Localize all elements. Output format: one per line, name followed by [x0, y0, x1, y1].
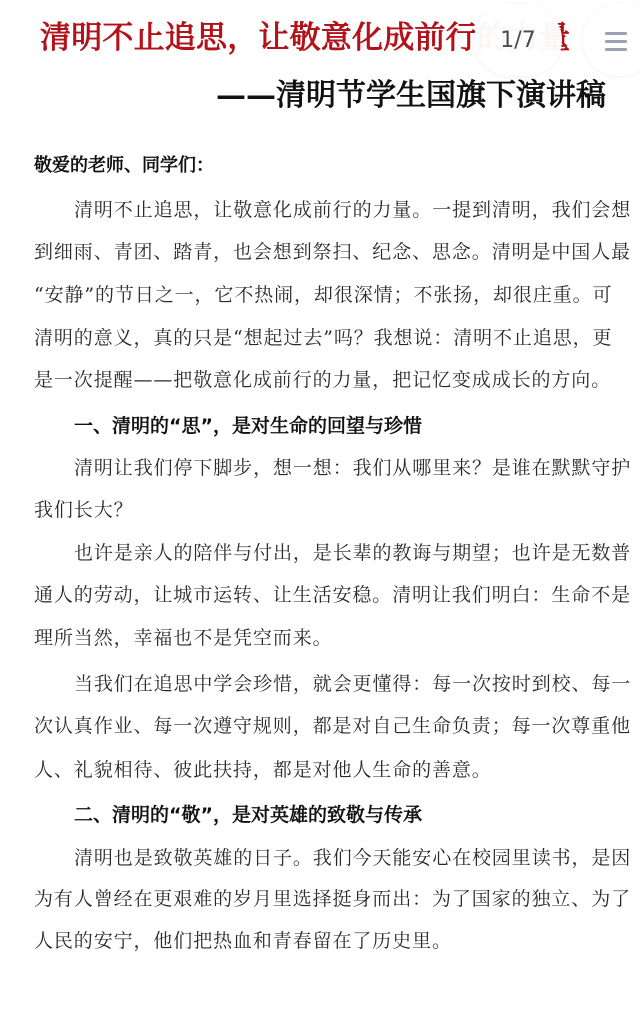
paragraph-5-line: 人民的安宁，他们把热血和青春留在了历史里。: [34, 926, 606, 956]
paragraph-1-line: 到细雨、青团、踏青，也会想到祭扫、纪念、思念。清明是中国人最: [34, 237, 606, 267]
paragraph-4-line: 当我们在追思中学会珍惜，就会更懂得：每一次按时到校、每一: [74, 669, 606, 699]
paragraph-3-line: 通人的劳动，让城市运转、让生活安稳。清明让我们明白：生命不是: [34, 580, 606, 610]
paragraph-1-line: 清明不止追思，让敬意化成前行的力量。一提到清明，我们会想: [74, 195, 606, 225]
paragraph-5-line: 清明也是致敬英雄的日子。我们今天能安心在校园里读书，是因: [74, 843, 606, 873]
hamburger-menu-icon: [605, 32, 627, 52]
paragraph-3-line: 理所当然，幸福也不是凭空而来。: [34, 623, 606, 653]
paragraph-5-line: 为有人曾经在更艰难的岁月里选择挺身而出：为了国家的独立、为了: [34, 884, 606, 914]
menu-button[interactable]: [583, 4, 640, 76]
paragraph-1-line: 清明的意义，真的只是“想起过去”吗？我想说：清明不止追思，更: [34, 323, 606, 353]
paragraph-1-line: “安静”的节日之一，它不热闹，却很深情；不张扬，却很庄重。可: [34, 280, 606, 310]
document-subtitle: ——清明节学生国旗下演讲稿: [216, 76, 606, 116]
document-page: 清明不止追思，让敬意化成前行的力量 ——清明节学生国旗下演讲稿 敬爱的老师、同学…: [0, 0, 640, 1013]
paragraph-1-line: 是一次提醒——把敬意化成前行的力量，把记忆变成成长的方向。: [34, 365, 606, 395]
paragraph-4-line: 次认真作业、每一次遵守规则，都是对自己生命负责；每一次尊重他: [34, 711, 606, 741]
paragraph-4-line: 人、礼貌相待、彼此扶持，都是对他人生命的善意。: [34, 755, 606, 785]
paragraph-2-line: 清明让我们停下脚步，想一想：我们从哪里来？是谁在默默守护: [74, 453, 606, 483]
section-heading-1: 一、清明的“思”，是对生命的回望与珍惜: [74, 411, 422, 441]
page-indicator[interactable]: 1/7: [474, 4, 562, 76]
salutation: 敬爱的老师、同学们：: [34, 151, 214, 181]
page-indicator-label: 1/7: [500, 28, 535, 53]
paragraph-2-line: 我们长大？: [34, 495, 606, 525]
section-heading-2: 二、清明的“敬”，是对英雄的致敬与传承: [74, 800, 422, 830]
paragraph-3-line: 也许是亲人的陪伴与付出，是长辈的教诲与期望；也许是无数普: [74, 538, 606, 568]
